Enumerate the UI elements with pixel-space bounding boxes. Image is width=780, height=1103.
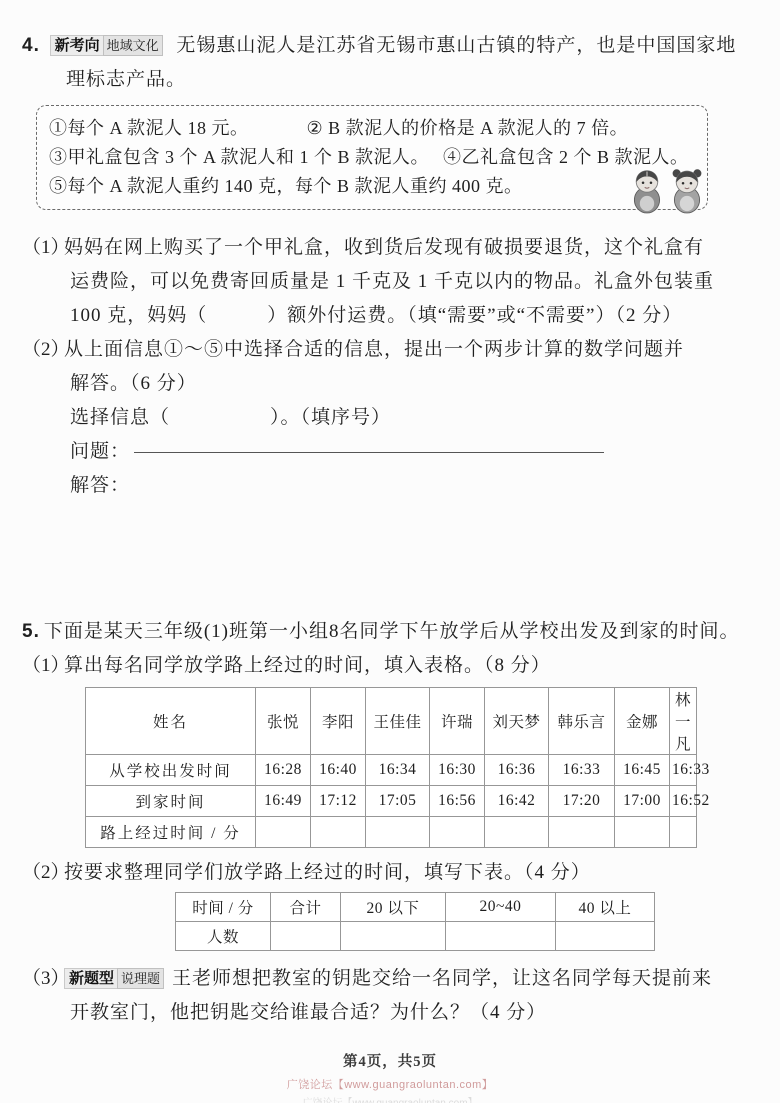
summary-header: 20~40 xyxy=(446,893,556,922)
page-content: 4. 新考向地域文化 无锡惠山泥人是江苏省无锡市惠山古镇的特产，也是中国国家地 … xyxy=(22,28,748,1030)
arrive-time: 17:20 xyxy=(549,786,615,817)
info-item-4: ④乙礼盒包含 2 个 B 款泥人。 xyxy=(443,147,689,167)
summary-table: 时间 / 分 合计 20 以下 20~40 40 以上 人数 xyxy=(175,892,655,951)
clay-figurine-left-icon xyxy=(629,165,665,215)
travel-time-table: 姓名 张悦 李阳 王佳佳 许瑞 刘天梦 韩乐言 金娜 林一凡 从学校出发时间 1… xyxy=(85,687,697,848)
q5-sub3-line1: （3）新题型说理题王老师想把教室的钥匙交给一名同学，让这名同学每天提前来 xyxy=(22,961,748,996)
q4-intro-line1: 4. 新考向地域文化 无锡惠山泥人是江苏省无锡市惠山古镇的特产，也是中国国家地 xyxy=(22,28,748,63)
q4-intro-text-1: 无锡惠山泥人是江苏省无锡市惠山古镇的特产，也是中国国家地 xyxy=(176,35,736,56)
depart-time: 16:30 xyxy=(430,755,485,786)
depart-time: 16:45 xyxy=(615,755,670,786)
elapsed-blank-cell xyxy=(670,817,697,848)
regional-culture-badge: 地域文化 xyxy=(103,35,163,56)
depart-time: 16:36 xyxy=(485,755,549,786)
q4-sub1: （1）妈妈在网上购买了一个甲礼盒，收到货后发现有破损要退货，这个礼盒有 运费险，… xyxy=(22,231,748,333)
table-row-names: 姓名 张悦 李阳 王佳佳 许瑞 刘天梦 韩乐言 金娜 林一凡 xyxy=(86,688,697,755)
q4-sub1-text1: 妈妈在网上购买了一个甲礼盒，收到货后发现有破损要退货，这个礼盒有 xyxy=(64,237,704,258)
row-header-elapsed: 路上经过时间 / 分 xyxy=(86,817,256,848)
q5-sub3-line2: 开教室门，他把钥匙交给谁最合适？为什么？（4 分） xyxy=(22,996,748,1030)
elapsed-blank-cell xyxy=(430,817,485,848)
clay-figurines-image xyxy=(629,165,705,215)
info-item-1: ①每个 A 款泥人 18 元。 xyxy=(49,118,249,138)
student-name: 韩乐言 xyxy=(549,688,615,755)
table-row-arrive: 到家时间 16:49 17:12 17:05 16:56 16:42 17:20… xyxy=(86,786,697,817)
q5-sub1-text: 算出每名同学放学路上经过的时间，填入表格。（8 分） xyxy=(64,655,551,676)
q5-sub1-line: （1）算出每名同学放学路上经过的时间，填入表格。（8 分） xyxy=(22,649,748,683)
q4-sub2-answer-line: 解答： xyxy=(22,469,748,503)
arrive-time: 16:42 xyxy=(485,786,549,817)
elapsed-blank-cell xyxy=(549,817,615,848)
q4-sub2-text1: 从上面信息①～⑤中选择合适的信息，提出一个两步计算的数学问题并 xyxy=(64,339,684,360)
summary-header: 时间 / 分 xyxy=(176,893,271,922)
q5-sub3-label: （3） xyxy=(22,962,64,996)
q5-sub3-text1: 王老师想把教室的钥匙交给一名同学，让这名同学每天提前来 xyxy=(172,968,712,989)
info-item-2: ② B 款泥人的价格是 A 款泥人的 7 倍。 xyxy=(307,118,629,138)
table-row-elapsed: 路上经过时间 / 分 xyxy=(86,817,697,848)
student-name: 许瑞 xyxy=(430,688,485,755)
student-name: 王佳佳 xyxy=(366,688,430,755)
new-type-badge: 新题型 xyxy=(64,968,117,989)
arrive-time: 17:05 xyxy=(366,786,430,817)
summary-header: 40 以上 xyxy=(556,893,655,922)
row-header-arrive: 到家时间 xyxy=(86,786,256,817)
arrive-time: 17:12 xyxy=(311,786,366,817)
student-name: 李阳 xyxy=(311,688,366,755)
q4-sub2-label: （2） xyxy=(22,333,64,367)
depart-time: 16:28 xyxy=(256,755,311,786)
depart-time: 16:33 xyxy=(549,755,615,786)
depart-time: 16:40 xyxy=(311,755,366,786)
q4-number: 4. xyxy=(22,35,40,56)
count-blank-cell xyxy=(341,922,446,951)
q5-sub2-text: 按要求整理同学们放学路上经过的时间，填写下表。（4 分） xyxy=(64,862,591,883)
question-label: 问题： xyxy=(70,441,130,462)
q5-sub2-label: （2） xyxy=(22,856,64,890)
student-name: 张悦 xyxy=(256,688,311,755)
q4-sub1-label: （1） xyxy=(22,231,64,265)
elapsed-blank-cell xyxy=(311,817,366,848)
elapsed-blank-cell xyxy=(366,817,430,848)
q4-sub2-question-line: 问题： xyxy=(22,435,748,469)
info-item-5: ⑤每个 A 款泥人重约 140 克，每个 B 款泥人重约 400 克。 xyxy=(49,176,523,196)
watermark-faint-second-line: 广饶论坛【www.guangraoluntan.com】 xyxy=(0,1094,780,1103)
elapsed-blank-cell xyxy=(256,817,311,848)
info-line-3: ⑤每个 A 款泥人重约 140 克，每个 B 款泥人重约 400 克。 xyxy=(49,172,693,201)
q4-info-box: ①每个 A 款泥人 18 元。② B 款泥人的价格是 A 款泥人的 7 倍。 ③… xyxy=(36,105,708,210)
q4-sub2-line1: （2）从上面信息①～⑤中选择合适的信息，提出一个两步计算的数学问题并 xyxy=(22,333,748,367)
depart-time: 16:34 xyxy=(366,755,430,786)
summary-header: 20 以下 xyxy=(341,893,446,922)
worksheet-page: 4. 新考向地域文化 无锡惠山泥人是江苏省无锡市惠山古镇的特产，也是中国国家地 … xyxy=(0,0,780,1103)
row-header-name: 姓名 xyxy=(86,688,256,755)
reasoning-badge: 说理题 xyxy=(117,968,164,989)
student-name: 林一凡 xyxy=(670,688,697,755)
info-line-2: ③甲礼盒包含 3 个 A 款泥人和 1 个 B 款泥人。④乙礼盒包含 2 个 B… xyxy=(49,143,693,172)
student-name: 金娜 xyxy=(615,688,670,755)
summary-count-row: 人数 xyxy=(176,922,655,951)
q5-intro-line: 5.下面是某天三年级(1)班第一小组8名同学下午放学后从学校出发及到家的时间。 xyxy=(22,615,748,649)
new-direction-badge: 新考向 xyxy=(50,35,103,56)
arrive-time: 16:56 xyxy=(430,786,485,817)
q4-sub2-select-line: 选择信息（ ）。（填序号） xyxy=(22,401,748,435)
arrive-time: 16:52 xyxy=(670,786,697,817)
q4-sub1-line3: 100 克，妈妈（ ）额外付运费。（填“需要”或“不需要”）（2 分） xyxy=(22,299,748,333)
q4-sub1-line1: （1）妈妈在网上购买了一个甲礼盒，收到货后发现有破损要退货，这个礼盒有 xyxy=(22,231,748,265)
arrive-time: 17:00 xyxy=(615,786,670,817)
summary-header: 合计 xyxy=(271,893,341,922)
count-row-label: 人数 xyxy=(176,922,271,951)
depart-time: 16:33 xyxy=(670,755,697,786)
clay-figurine-right-icon xyxy=(669,165,705,215)
info-line-1: ①每个 A 款泥人 18 元。② B 款泥人的价格是 A 款泥人的 7 倍。 xyxy=(49,114,693,143)
count-blank-cell xyxy=(271,922,341,951)
arrive-time: 16:49 xyxy=(256,786,311,817)
summary-header-row: 时间 / 分 合计 20 以下 20~40 40 以上 xyxy=(176,893,655,922)
q5-number: 5. xyxy=(22,621,40,642)
q5-sub3-badge: 新题型说理题 xyxy=(64,961,164,996)
count-blank-cell xyxy=(446,922,556,951)
row-header-depart: 从学校出发时间 xyxy=(86,755,256,786)
page-number: 第4页，共5页 xyxy=(0,1050,780,1071)
q4-sub2: （2）从上面信息①～⑤中选择合适的信息，提出一个两步计算的数学问题并 解答。（6… xyxy=(22,333,748,503)
q4-intro-line2: 理标志产品。 xyxy=(22,63,748,97)
q5-sub2-line: （2）按要求整理同学们放学路上经过的时间，填写下表。（4 分） xyxy=(22,856,748,890)
info-item-3: ③甲礼盒包含 3 个 A 款泥人和 1 个 B 款泥人。 xyxy=(49,147,429,167)
count-blank-cell xyxy=(556,922,655,951)
elapsed-blank-cell xyxy=(615,817,670,848)
table-row-depart: 从学校出发时间 16:28 16:40 16:34 16:30 16:36 16… xyxy=(86,755,697,786)
question-5: 5.下面是某天三年级(1)班第一小组8名同学下午放学后从学校出发及到家的时间。 … xyxy=(22,615,748,1030)
watermark-text: 广饶论坛【www.guangraoluntan.com】 xyxy=(0,1076,780,1092)
answer-blank-line xyxy=(134,451,604,453)
q5-sub3: （3）新题型说理题王老师想把教室的钥匙交给一名同学，让这名同学每天提前来 开教室… xyxy=(22,961,748,1030)
q4-sub2-line2: 解答。（6 分） xyxy=(22,367,748,401)
q5-intro-text: 下面是某天三年级(1)班第一小组8名同学下午放学后从学校出发及到家的时间。 xyxy=(44,621,740,642)
question-4: 4. 新考向地域文化 无锡惠山泥人是江苏省无锡市惠山古镇的特产，也是中国国家地 … xyxy=(22,28,748,503)
student-name: 刘天梦 xyxy=(485,688,549,755)
q4-topic-badge: 新考向地域文化 xyxy=(50,28,163,63)
elapsed-blank-cell xyxy=(485,817,549,848)
q5-sub1-label: （1） xyxy=(22,649,64,683)
q4-sub1-line2: 运费险，可以免费寄回质量是 1 千克及 1 千克以内的物品。礼盒外包装重 xyxy=(22,265,748,299)
